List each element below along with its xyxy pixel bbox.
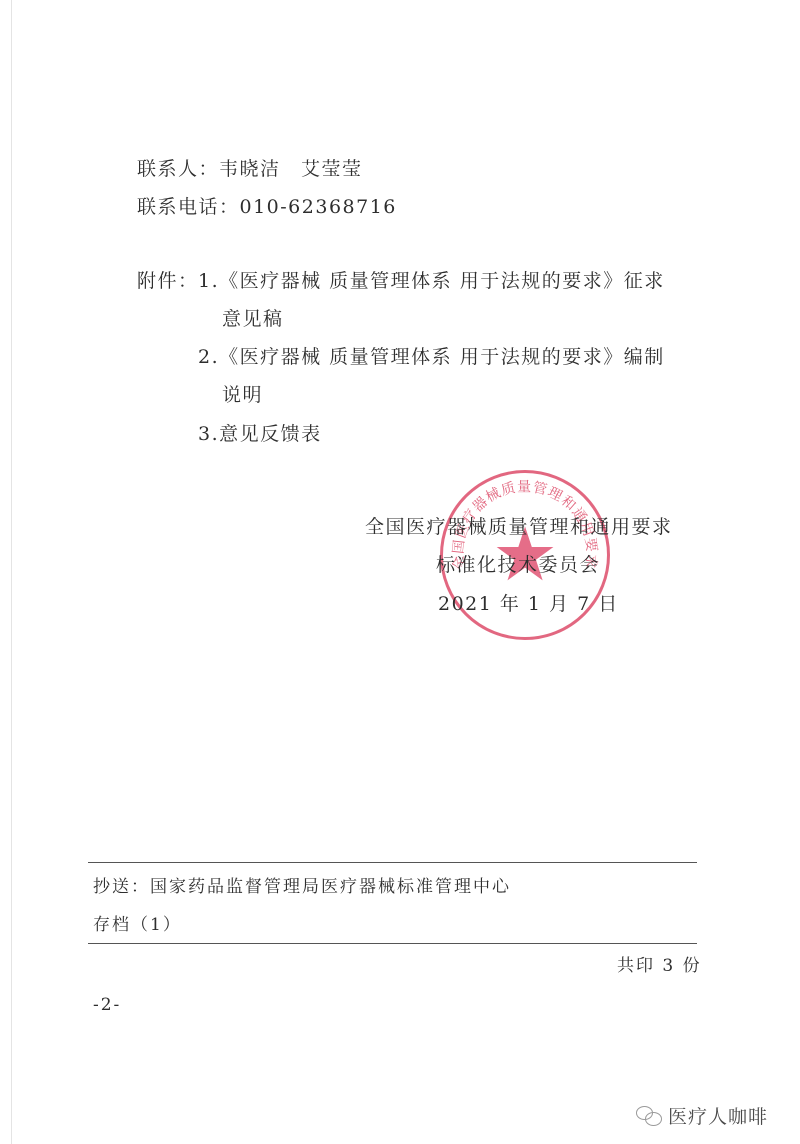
copies-count: 共印 3 份	[617, 954, 702, 978]
archive-note: 存档（1）	[93, 913, 182, 937]
cc-recipients: 抄送：国家药品监督管理局医疗器械标准管理中心	[93, 875, 511, 899]
attachment-item-1-cont: 意见稿	[222, 307, 284, 331]
wechat-watermark: 医疗人咖啡	[636, 1102, 768, 1129]
attachments-label: 附件：	[137, 269, 199, 293]
signature-org-line1: 全国医疗器械质量管理和通用要求	[365, 515, 673, 539]
footer-bottom-rule	[88, 943, 697, 944]
attachment-item-3: 3.意见反馈表	[198, 422, 322, 446]
attachment-item-2-cont: 说明	[222, 383, 263, 407]
page-edge-line	[11, 0, 12, 1144]
page-number: -2-	[93, 993, 121, 1017]
signature-date: 2021 年 1 月 7 日	[438, 592, 619, 616]
attachment-item-2: 2.《医疗器械 质量管理体系 用于法规的要求》编制	[198, 345, 665, 369]
attachment-item-1: 1.《医疗器械 质量管理体系 用于法规的要求》征求	[198, 269, 665, 293]
wechat-icon	[636, 1106, 662, 1126]
footer-top-rule	[88, 862, 697, 863]
watermark-label: 医疗人咖啡	[668, 1102, 768, 1129]
signature-org-line2: 标准化技术委员会	[436, 553, 600, 577]
contact-person: 联系人：韦晓洁 艾莹莹	[137, 157, 363, 181]
contact-phone: 联系电话：010-62368716	[137, 195, 397, 219]
